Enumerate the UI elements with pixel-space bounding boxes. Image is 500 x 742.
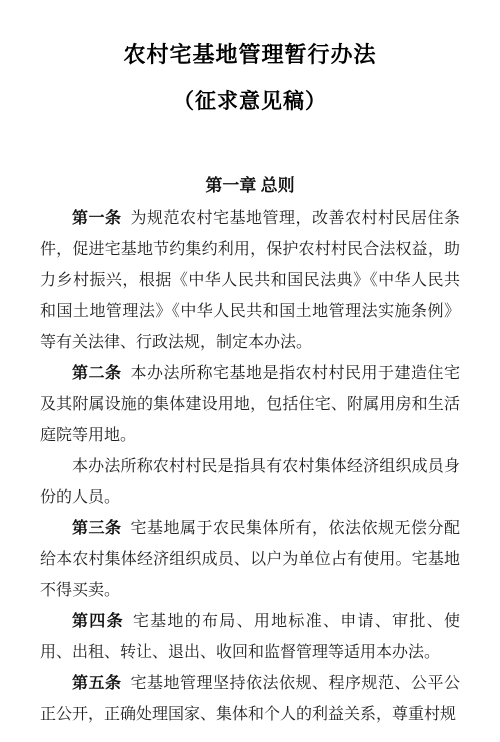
document-subtitle: （征求意见稿） (40, 90, 460, 113)
chapter-heading: 第一章 总则 (40, 176, 460, 196)
document-title: 农村宅基地管理暂行办法 (40, 42, 460, 67)
article-1-text: 为规范农村宅基地管理，改善农村村民居住条件，促进宅基地节约集约利用，保护农村村民… (40, 210, 460, 351)
document-body: 第一条为规范农村宅基地管理，改善农村村民居住条件，促进宅基地节约集约利用，保护农… (40, 203, 460, 730)
paragraph-article-2-continued: 本办法所称农村村民是指具有农村集体经济组织成员身份的人员。 (40, 451, 460, 513)
article-2-continued-text: 本办法所称农村村民是指具有农村集体经济组织成员身份的人员。 (40, 458, 460, 506)
paragraph-article-2: 第二条本办法所称宅基地是指农村村民用于建造住宅及其附属设施的集体建设用地，包括住… (40, 358, 460, 451)
document-page: 农村宅基地管理暂行办法 （征求意见稿） 第一章 总则 第一条为规范农村宅基地管理… (0, 0, 500, 742)
article-5-number: 第五条 (72, 675, 122, 692)
article-2-number: 第二条 (72, 365, 122, 382)
article-4-number: 第四条 (72, 613, 124, 630)
article-3-number: 第三条 (72, 520, 122, 537)
paragraph-article-4: 第四条宅基地的布局、用地标准、申请、审批、使用、出租、转让、退出、收回和监督管理… (40, 606, 460, 668)
article-1-number: 第一条 (72, 210, 122, 227)
paragraph-article-5: 第五条宅基地管理坚持依法依规、程序规范、公平公正公开，正确处理国家、集体和个人的… (40, 668, 460, 730)
paragraph-article-1: 第一条为规范农村宅基地管理，改善农村村民居住条件，促进宅基地节约集约利用，保护农… (40, 203, 460, 358)
paragraph-article-3: 第三条宅基地属于农民集体所有，依法依规无偿分配给本农村集体经济组织成员、以户为单… (40, 513, 460, 606)
